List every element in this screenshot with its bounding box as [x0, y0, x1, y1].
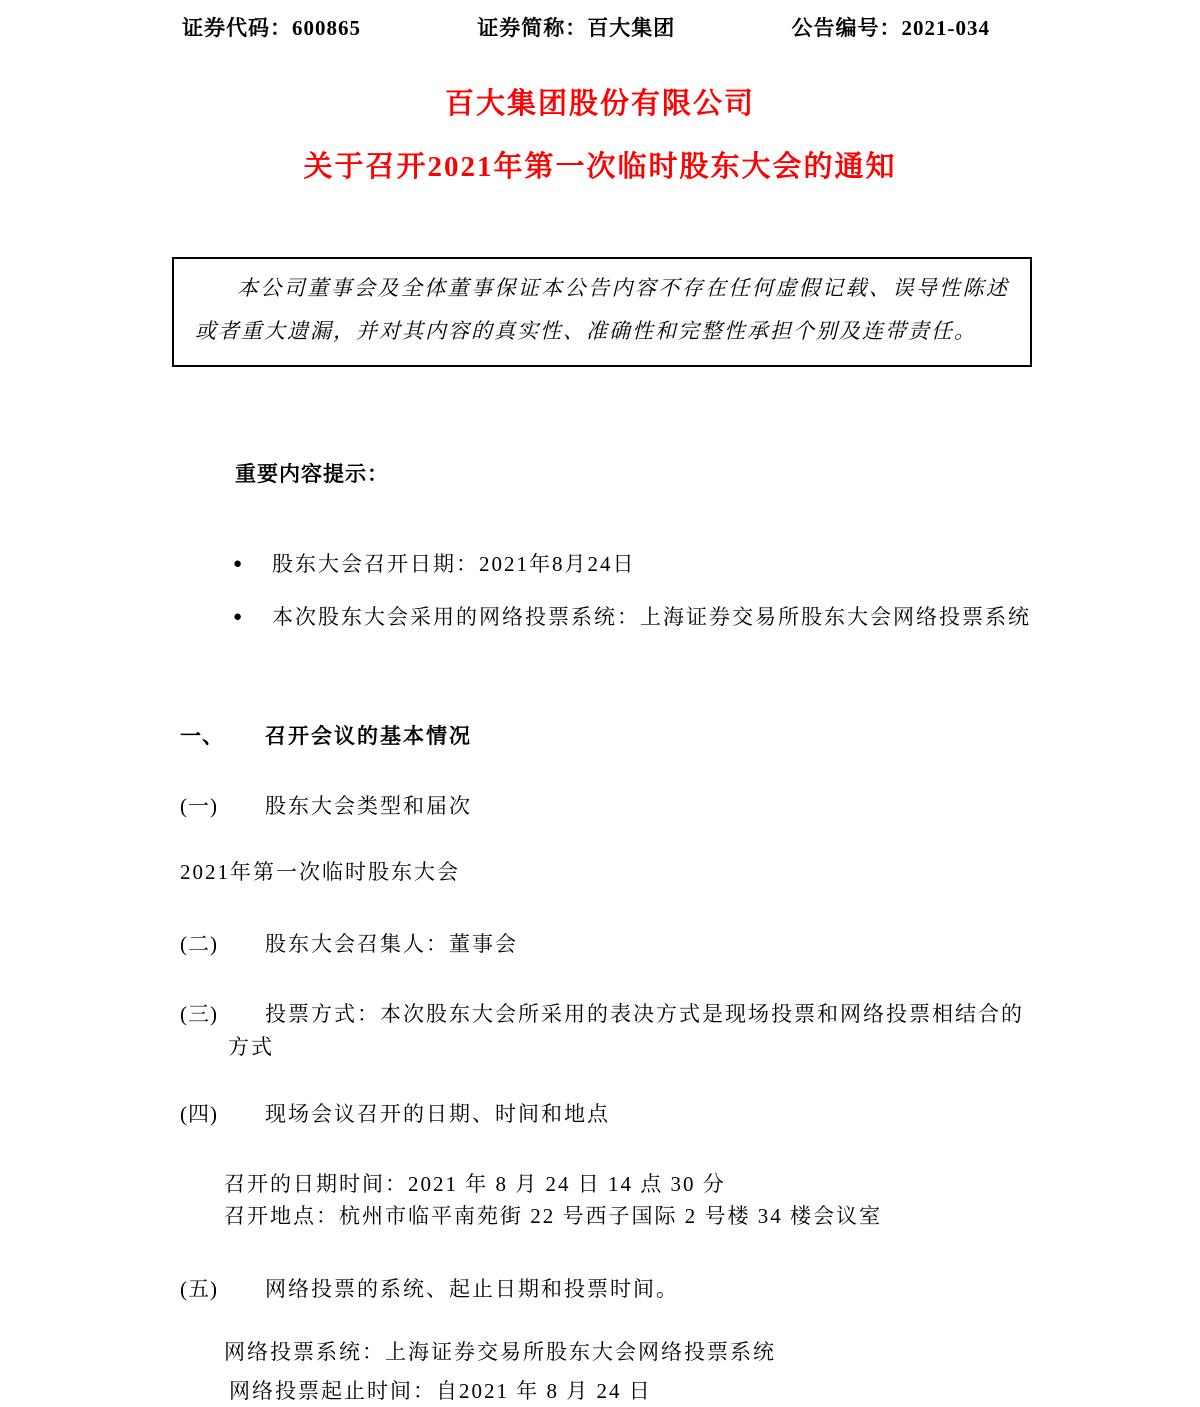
section-1-heading: 一、 召开会议的基本情况 — [180, 720, 1040, 753]
document-header: 证券代码：600865 证券简称：百大集团 公告编号：2021-034 — [182, 12, 990, 42]
onsite-meeting-datetime: 召开的日期时间：2021 年 8 月 24 日 14 点 30 分 — [224, 1168, 726, 1198]
item-4-onsite-meeting-heading: (四) 现场会议召开的日期、时间和地点 — [180, 1098, 1040, 1131]
item-2-convener: (二) 股东大会召集人：董事会 — [180, 928, 1040, 961]
bullet-item-voting-system: ● 本次股东大会采用的网络投票系统：上海证券交易所股东大会网络投票系统 — [233, 594, 1039, 641]
meeting-type-value: 2021年第一次临时股东大会 — [180, 856, 460, 886]
section-1-number: 一、 — [180, 720, 228, 753]
item-4-number: (四) — [180, 1098, 228, 1131]
onsite-meeting-location: 召开地点：杭州市临平南苑街 22 号西子国际 2 号楼 34 楼会议室 — [224, 1200, 882, 1230]
bullet-text-meeting-date: 股东大会召开日期：2021年8月24日 — [272, 541, 1039, 588]
item-3-text: 投票方式：本次股东大会所采用的表决方式是现场投票和网络投票相结合的方式 — [228, 998, 1040, 1064]
important-notice-list: ● 股东大会召开日期：2021年8月24日 ● 本次股东大会采用的网络投票系统：… — [233, 541, 1039, 647]
section-1-title: 召开会议的基本情况 — [228, 720, 1040, 753]
online-voting-start-time: 网络投票起止时间：自2021 年 8 月 24 日 — [229, 1375, 652, 1405]
item-2-text: 股东大会召集人：董事会 — [228, 928, 1040, 961]
bullet-icon: ● — [233, 594, 272, 641]
important-notice-heading: 重要内容提示： — [235, 458, 389, 488]
announcement-number: 公告编号：2021-034 — [792, 12, 991, 42]
disclaimer-box: 本公司董事会及全体董事保证本公告内容不存在任何虚假记载、误导性陈述或者重大遗漏，… — [172, 257, 1032, 367]
bullet-text-voting-system: 本次股东大会采用的网络投票系统：上海证券交易所股东大会网络投票系统 — [272, 594, 1039, 641]
item-1-meeting-type-heading: (一) 股东大会类型和届次 — [180, 790, 1040, 823]
item-3-number: (三) — [180, 998, 228, 1064]
disclaimer-text: 本公司董事会及全体董事保证本公告内容不存在任何虚假记载、误导性陈述或者重大遗漏，… — [195, 267, 1009, 353]
item-5-text: 网络投票的系统、起止日期和投票时间。 — [228, 1273, 1040, 1306]
item-1-number: (一) — [180, 790, 228, 823]
online-voting-system: 网络投票系统：上海证券交易所股东大会网络投票系统 — [224, 1336, 776, 1366]
item-3-voting-method: (三) 投票方式：本次股东大会所采用的表决方式是现场投票和网络投票相结合的方式 — [180, 998, 1040, 1064]
notice-title: 关于召开2021年第一次临时股东大会的通知 — [0, 144, 1200, 185]
stock-short-name: 证券简称：百大集团 — [477, 12, 675, 42]
announcement-document: 证券代码：600865 证券简称：百大集团 公告编号：2021-034 百大集团… — [0, 0, 1200, 1407]
item-5-online-voting-heading: (五) 网络投票的系统、起止日期和投票时间。 — [180, 1273, 1040, 1306]
stock-code: 证券代码：600865 — [182, 12, 361, 42]
item-2-number: (二) — [180, 928, 228, 961]
item-4-text: 现场会议召开的日期、时间和地点 — [228, 1098, 1040, 1131]
item-1-text: 股东大会类型和届次 — [228, 790, 1040, 823]
bullet-item-meeting-date: ● 股东大会召开日期：2021年8月24日 — [233, 541, 1039, 588]
item-5-number: (五) — [180, 1273, 228, 1306]
bullet-icon: ● — [233, 541, 272, 588]
company-title: 百大集团股份有限公司 — [0, 81, 1200, 122]
